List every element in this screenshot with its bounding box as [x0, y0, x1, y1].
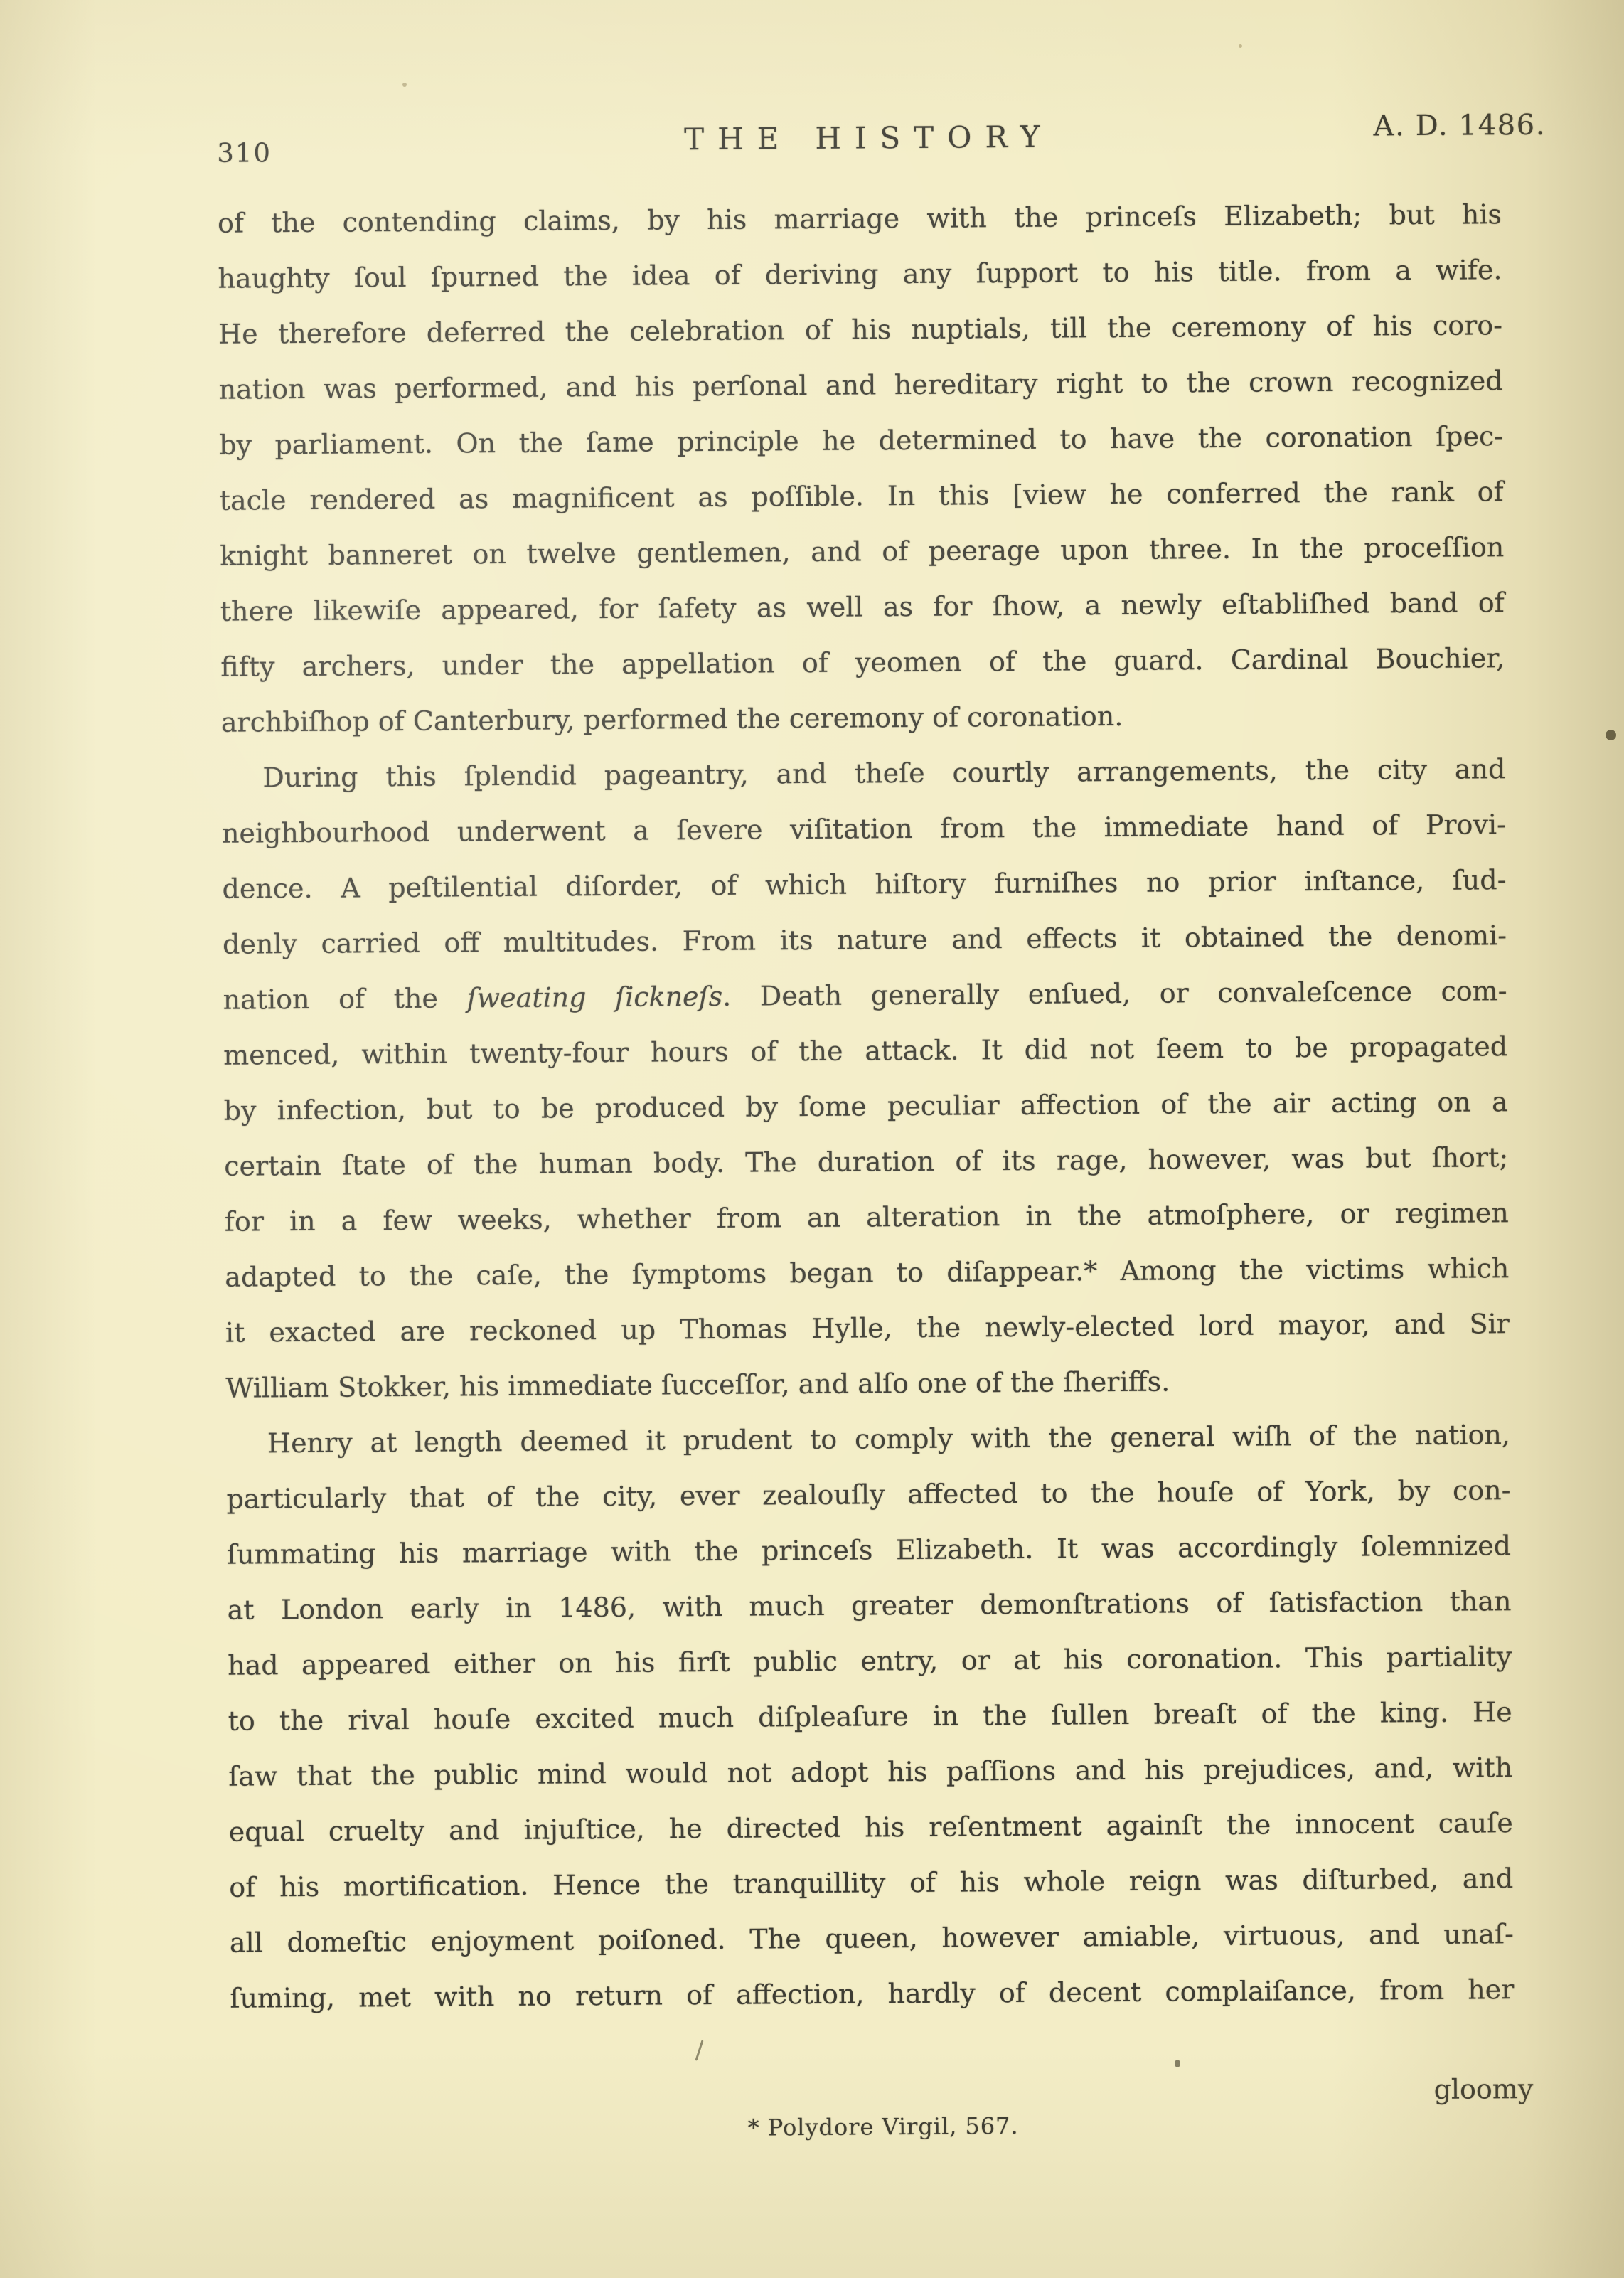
- text-line: all domeſtic enjoyment poiſoned. The que…: [230, 1906, 1515, 1971]
- text-line: to the rival houſe excited much diſpleaſ…: [228, 1684, 1512, 1749]
- text-line: tacle rendered as magnificent as poſſibl…: [219, 464, 1504, 528]
- body-text: of the contending claims, by his marriag…: [218, 186, 1515, 2026]
- text-line: of his mortification. Hence the tranquil…: [229, 1851, 1514, 1915]
- text-line: it exacted are reckoned up Thomas Hylle,…: [225, 1296, 1510, 1361]
- text-line: nation was performed, and his perſonal a…: [218, 353, 1503, 417]
- text-line: ſuming, met with no return of affection,…: [230, 1962, 1515, 2026]
- text-line: ſaw that the public mind would not adopt…: [228, 1740, 1513, 1804]
- text-line: by parliament. On the ſame principle he …: [219, 408, 1504, 473]
- text-line: denly carried off multitudes. From its n…: [223, 908, 1507, 972]
- text-line: William Stokker, his immediate ſucceſſor…: [225, 1351, 1510, 1416]
- text-line: Henry at length deemed it prudent to com…: [226, 1407, 1511, 1471]
- text-line: particularly that of the city, ever zeal…: [226, 1462, 1511, 1527]
- footnote: * Polydore Virgil, 567.: [748, 2112, 1019, 2141]
- text-line: for in a few weeks, whether from an alte…: [225, 1185, 1510, 1250]
- running-title: THE HISTORY: [684, 119, 1053, 157]
- text-line: He therefore deferred the celebration of…: [218, 297, 1503, 362]
- text-line: adapted to the caſe, the ſymptoms began …: [225, 1240, 1510, 1305]
- page-number: 310: [217, 137, 272, 169]
- text-line: knight banneret on twelve gentlemen, and…: [220, 519, 1505, 584]
- text-line: certain ſtate of the human body. The dur…: [224, 1129, 1509, 1194]
- text-line: ſummating his marriage with the princeſs…: [227, 1518, 1512, 1582]
- text-line: of the contending claims, by his marriag…: [218, 186, 1502, 251]
- text-line: During this ſplendid pageantry, and theſ…: [221, 741, 1506, 806]
- year-heading: A. D. 1486.: [1373, 109, 1546, 143]
- scanned-book-page: 310 THE HISTORY A. D. 1486. of the conte…: [0, 0, 1624, 2278]
- text-line: at London early in 1486, with much great…: [227, 1573, 1512, 1638]
- text-line: haughty ſoul ſpurned the idea of derivin…: [218, 242, 1502, 307]
- text-line: equal cruelty and injuſtice, he directed…: [229, 1795, 1514, 1860]
- text-line: by infection, but to be produced by ſome…: [223, 1074, 1508, 1139]
- text-line: neighbourhood underwent a ſevere viſitat…: [222, 797, 1507, 861]
- text-line: fifty archers, under the appellation of …: [220, 630, 1505, 695]
- text-line: had appeared either on his firſt public …: [228, 1629, 1512, 1693]
- text-line: menced, within twenty-four hours of the …: [223, 1018, 1508, 1083]
- text-line: dence. A peſtilential diſorder, of which…: [222, 852, 1507, 917]
- catchword: gloomy: [1433, 2073, 1533, 2105]
- text-line: archbiſhop of Canterbury, performed the …: [221, 686, 1506, 750]
- text-line: there likewiſe appeared, for ſafety as w…: [220, 575, 1505, 639]
- text-line: nation of the ſweating ſickneſs. Death g…: [223, 963, 1507, 1028]
